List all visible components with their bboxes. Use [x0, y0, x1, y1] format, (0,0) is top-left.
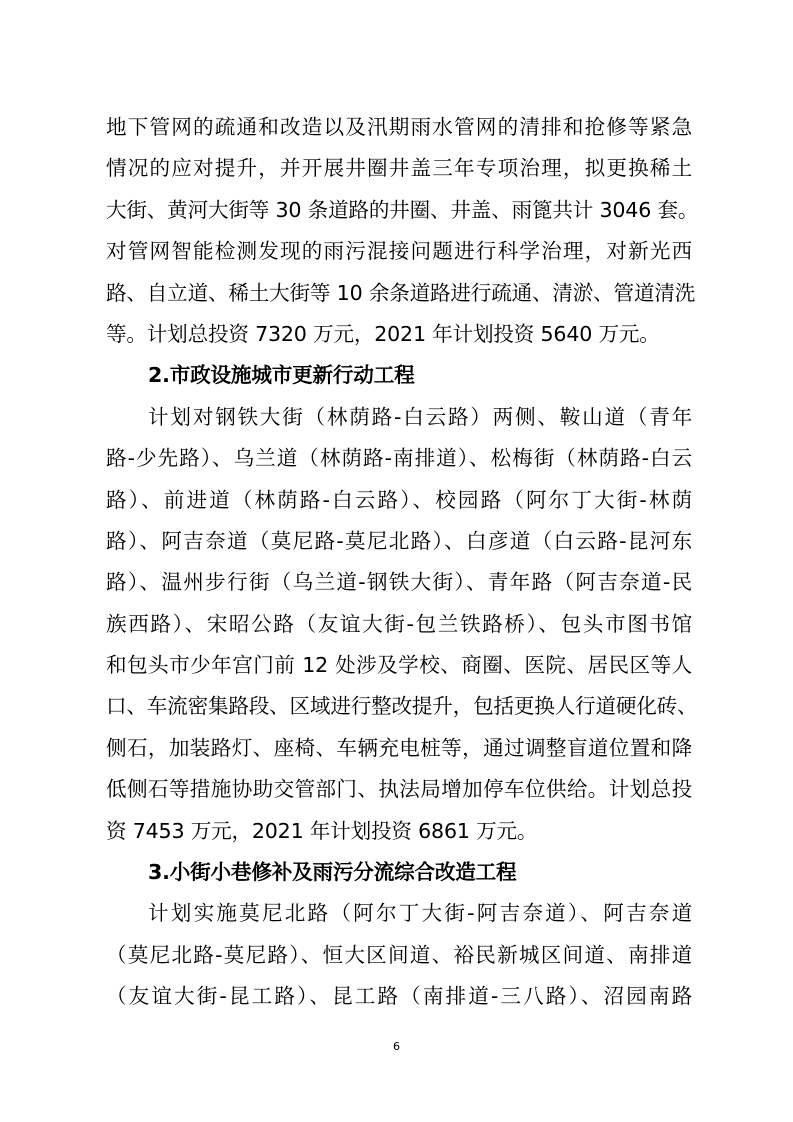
text-line: 计划实施莫尼北路（阿尔丁大街-阿吉奈道）、阿吉奈道 — [106, 893, 692, 934]
text-line: 情况的应对提升，并开展井圈井盖三年专项治理，拟更换稀土 — [106, 148, 692, 189]
text-line: 口、车流密集路段、区域进行整改提升，包括更换人行道硬化砖、 — [106, 686, 692, 727]
section-heading-3: 3.小街小巷修补及雨污分流综合改造工程 — [106, 852, 692, 893]
text-line: 路-少先路）、乌兰道（林荫路-南排道）、松梅街（林荫路-白云 — [106, 438, 692, 479]
text-line: 低侧石等措施协助交管部门、执法局增加停车位供给。计划总投 — [106, 769, 692, 810]
text-line: 大街、黄河大街等 30 条道路的井圈、井盖、雨篦共计 3046 套。 — [106, 190, 692, 231]
text-line: 地下管网的疏通和改造以及汛期雨水管网的清排和抢修等紧急 — [106, 107, 692, 148]
text-line: 计划对钢铁大街（林荫路-白云路）两侧、鞍山道（青年 — [106, 397, 692, 438]
text-line: 资 7453 万元，2021 年计划投资 6861 万元。 — [106, 811, 692, 852]
text-line: 路）、前进道（林荫路-白云路）、校园路（阿尔丁大街-林荫 — [106, 480, 692, 521]
text-line: 族西路）、宋昭公路（友谊大街-包兰铁路桥）、包头市图书馆 — [106, 604, 692, 645]
document-page: 地下管网的疏通和改造以及汛期雨水管网的清排和抢修等紧急 情况的应对提升，并开展井… — [106, 107, 692, 1018]
text-line: 和包头市少年宫门前 12 处涉及学校、商圈、医院、居民区等人 — [106, 645, 692, 686]
text-line: 对管网智能检测发现的雨污混接问题进行科学治理，对新光西 — [106, 231, 692, 272]
paragraph-small-streets: 计划实施莫尼北路（阿尔丁大街-阿吉奈道）、阿吉奈道 （莫尼北路-莫尼路）、恒大区… — [106, 893, 692, 1017]
text-line: （友谊大街-昆工路）、昆工路（南排道-三八路）、沼园南路 — [106, 976, 692, 1017]
text-line: 等。计划总投资 7320 万元，2021 年计划投资 5640 万元。 — [106, 314, 692, 355]
page-number: 6 — [0, 1040, 793, 1053]
text-line: 路、自立道、稀土大街等 10 余条道路进行疏通、清淤、管道清洗 — [106, 273, 692, 314]
text-line: 侧石，加装路灯、座椅、车辆充电桩等，通过调整盲道位置和降 — [106, 728, 692, 769]
section-heading-2: 2.市政设施城市更新行动工程 — [106, 355, 692, 396]
text-line: （莫尼北路-莫尼路）、恒大区间道、裕民新城区间道、南排道 — [106, 935, 692, 976]
paragraph-municipal-facilities: 计划对钢铁大街（林荫路-白云路）两侧、鞍山道（青年 路-少先路）、乌兰道（林荫路… — [106, 397, 692, 852]
text-line: 路）、阿吉奈道（莫尼路-莫尼北路）、白彦道（白云路-昆河东 — [106, 521, 692, 562]
paragraph-drainage: 地下管网的疏通和改造以及汛期雨水管网的清排和抢修等紧急 情况的应对提升，并开展井… — [106, 107, 692, 355]
text-line: 路）、温州步行街（乌兰道-钢铁大街）、青年路（阿吉奈道-民 — [106, 562, 692, 603]
